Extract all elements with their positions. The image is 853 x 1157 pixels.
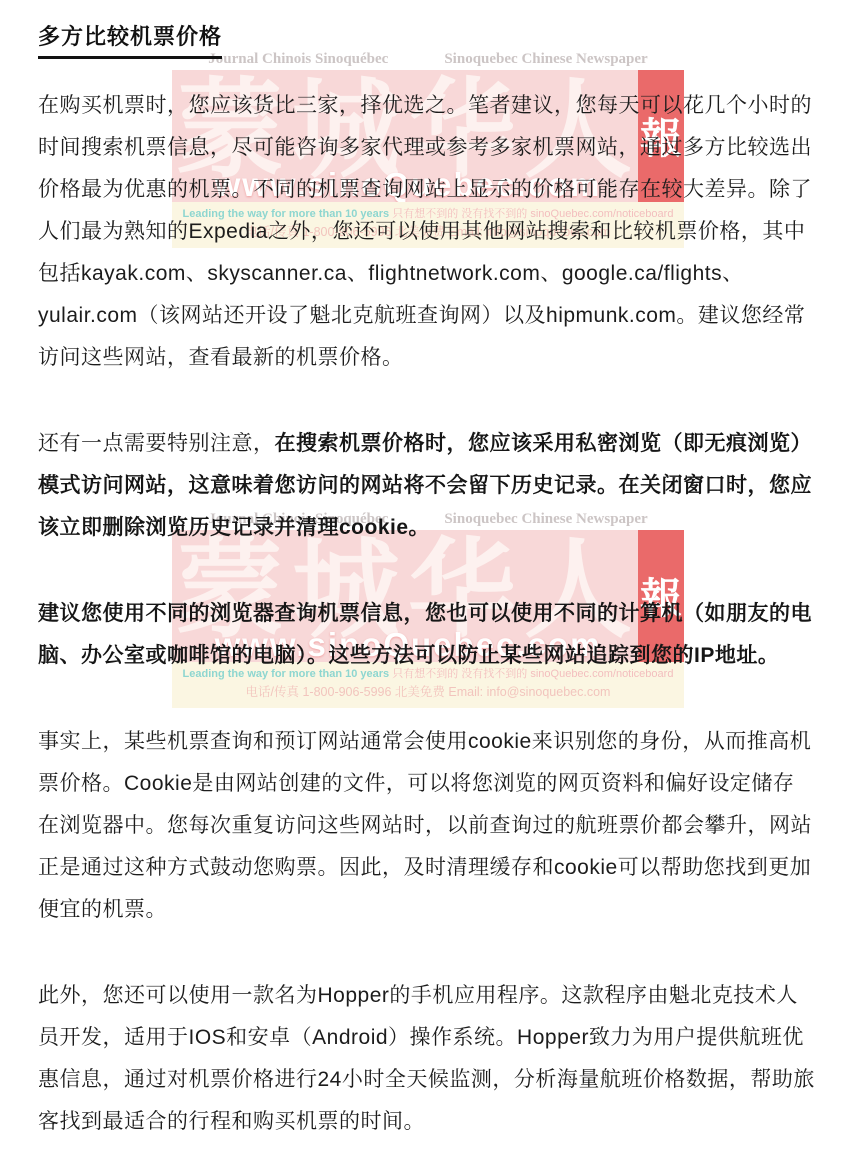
paragraph-cookies-explained: 事实上，某些机票查询和预订网站通常会使用cookie来识别您的身份，从而推高机票… bbox=[38, 721, 815, 931]
article-title: 多方比较机票价格 bbox=[38, 20, 222, 59]
article-page: 多方比较机票价格 在购买机票时，您应该货比三家，择优选之。笔者建议，您每天可以花… bbox=[0, 0, 853, 1143]
paragraph-private-browsing: 还有一点需要特别注意，在搜索机票价格时，您应该采用私密浏览（即无痕浏览）模式访问… bbox=[38, 423, 815, 549]
paragraph-compare-prices: 在购买机票时，您应该货比三家，择优选之。笔者建议，您每天可以花几个小时的时间搜索… bbox=[38, 85, 815, 379]
paragraph-private-browsing-lead: 还有一点需要特别注意， bbox=[38, 432, 275, 455]
paragraph-different-browsers: 建议您使用不同的浏览器查询机票信息，您也可以使用不同的计算机（如朋友的电脑、办公… bbox=[38, 593, 815, 677]
paragraph-hopper-app: 此外，您还可以使用一款名为Hopper的手机应用程序。这款程序由魁北克技术人员开… bbox=[38, 975, 815, 1143]
